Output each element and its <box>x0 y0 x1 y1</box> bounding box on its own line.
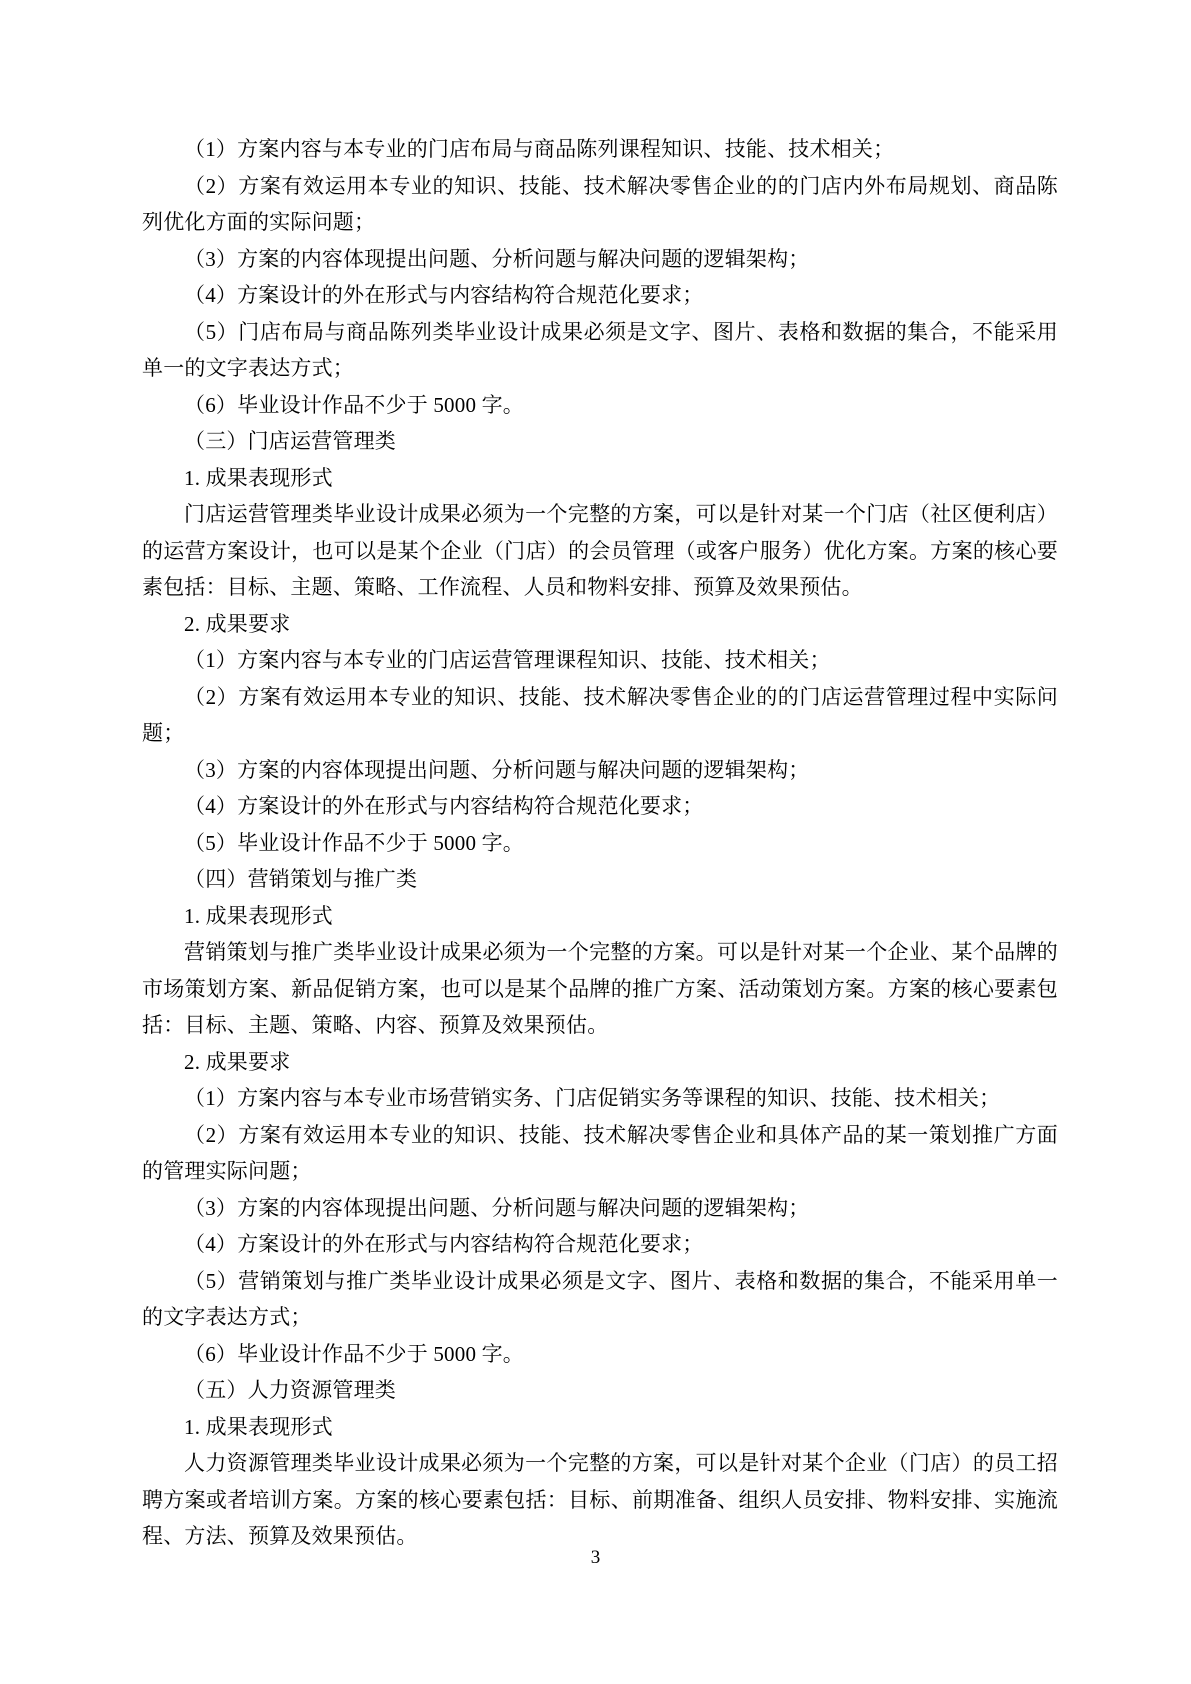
document-body: （1）方案内容与本专业的门店布局与商品陈列课程知识、技能、技术相关； （2）方案… <box>142 131 1058 1555</box>
list-item-paragraph: （6）毕业设计作品不少于 5000 字。 <box>142 1336 1058 1373</box>
document-page: （1）方案内容与本专业的门店布局与商品陈列课程知识、技能、技术相关； （2）方案… <box>0 0 1191 1684</box>
list-item-paragraph: （5）营销策划与推广类毕业设计成果必须是文字、图片、表格和数据的集合，不能采用单… <box>142 1263 1058 1336</box>
list-item-paragraph: （1）方案内容与本专业的门店布局与商品陈列课程知识、技能、技术相关； <box>142 131 1058 168</box>
list-item-paragraph: （6）毕业设计作品不少于 5000 字。 <box>142 387 1058 424</box>
list-item-paragraph: （5）门店布局与商品陈列类毕业设计成果必须是文字、图片、表格和数据的集合，不能采… <box>142 314 1058 387</box>
list-item-paragraph: （2）方案有效运用本专业的知识、技能、技术解决零售企业和具体产品的某一策划推广方… <box>142 1117 1058 1190</box>
list-item-paragraph: （5）毕业设计作品不少于 5000 字。 <box>142 825 1058 862</box>
list-item-paragraph: （2）方案有效运用本专业的知识、技能、技术解决零售企业的的门店运营管理过程中实际… <box>142 679 1058 752</box>
body-paragraph: 人力资源管理类毕业设计成果必须为一个完整的方案，可以是针对某个企业（门店）的员工… <box>142 1445 1058 1555</box>
section-heading: （四）营销策划与推广类 <box>142 861 1058 898</box>
subsection-heading: 2. 成果要求 <box>142 1044 1058 1081</box>
subsection-heading: 1. 成果表现形式 <box>142 460 1058 497</box>
body-paragraph: 门店运营管理类毕业设计成果必须为一个完整的方案，可以是针对某一个门店（社区便利店… <box>142 496 1058 606</box>
section-heading: （五）人力资源管理类 <box>142 1372 1058 1409</box>
list-item-paragraph: （3）方案的内容体现提出问题、分析问题与解决问题的逻辑架构； <box>142 752 1058 789</box>
subsection-heading: 1. 成果表现形式 <box>142 1409 1058 1446</box>
list-item-paragraph: （4）方案设计的外在形式与内容结构符合规范化要求； <box>142 277 1058 314</box>
list-item-paragraph: （4）方案设计的外在形式与内容结构符合规范化要求； <box>142 1226 1058 1263</box>
list-item-paragraph: （4）方案设计的外在形式与内容结构符合规范化要求； <box>142 788 1058 825</box>
list-item-paragraph: （3）方案的内容体现提出问题、分析问题与解决问题的逻辑架构； <box>142 1190 1058 1227</box>
page-number: 3 <box>0 1546 1191 1570</box>
subsection-heading: 2. 成果要求 <box>142 606 1058 643</box>
body-paragraph: 营销策划与推广类毕业设计成果必须为一个完整的方案。可以是针对某一个企业、某个品牌… <box>142 934 1058 1044</box>
subsection-heading: 1. 成果表现形式 <box>142 898 1058 935</box>
list-item-paragraph: （1）方案内容与本专业市场营销实务、门店促销实务等课程的知识、技能、技术相关； <box>142 1080 1058 1117</box>
list-item-paragraph: （3）方案的内容体现提出问题、分析问题与解决问题的逻辑架构； <box>142 241 1058 278</box>
list-item-paragraph: （2）方案有效运用本专业的知识、技能、技术解决零售企业的的门店内外布局规划、商品… <box>142 168 1058 241</box>
list-item-paragraph: （1）方案内容与本专业的门店运营管理课程知识、技能、技术相关； <box>142 642 1058 679</box>
section-heading: （三）门店运营管理类 <box>142 423 1058 460</box>
